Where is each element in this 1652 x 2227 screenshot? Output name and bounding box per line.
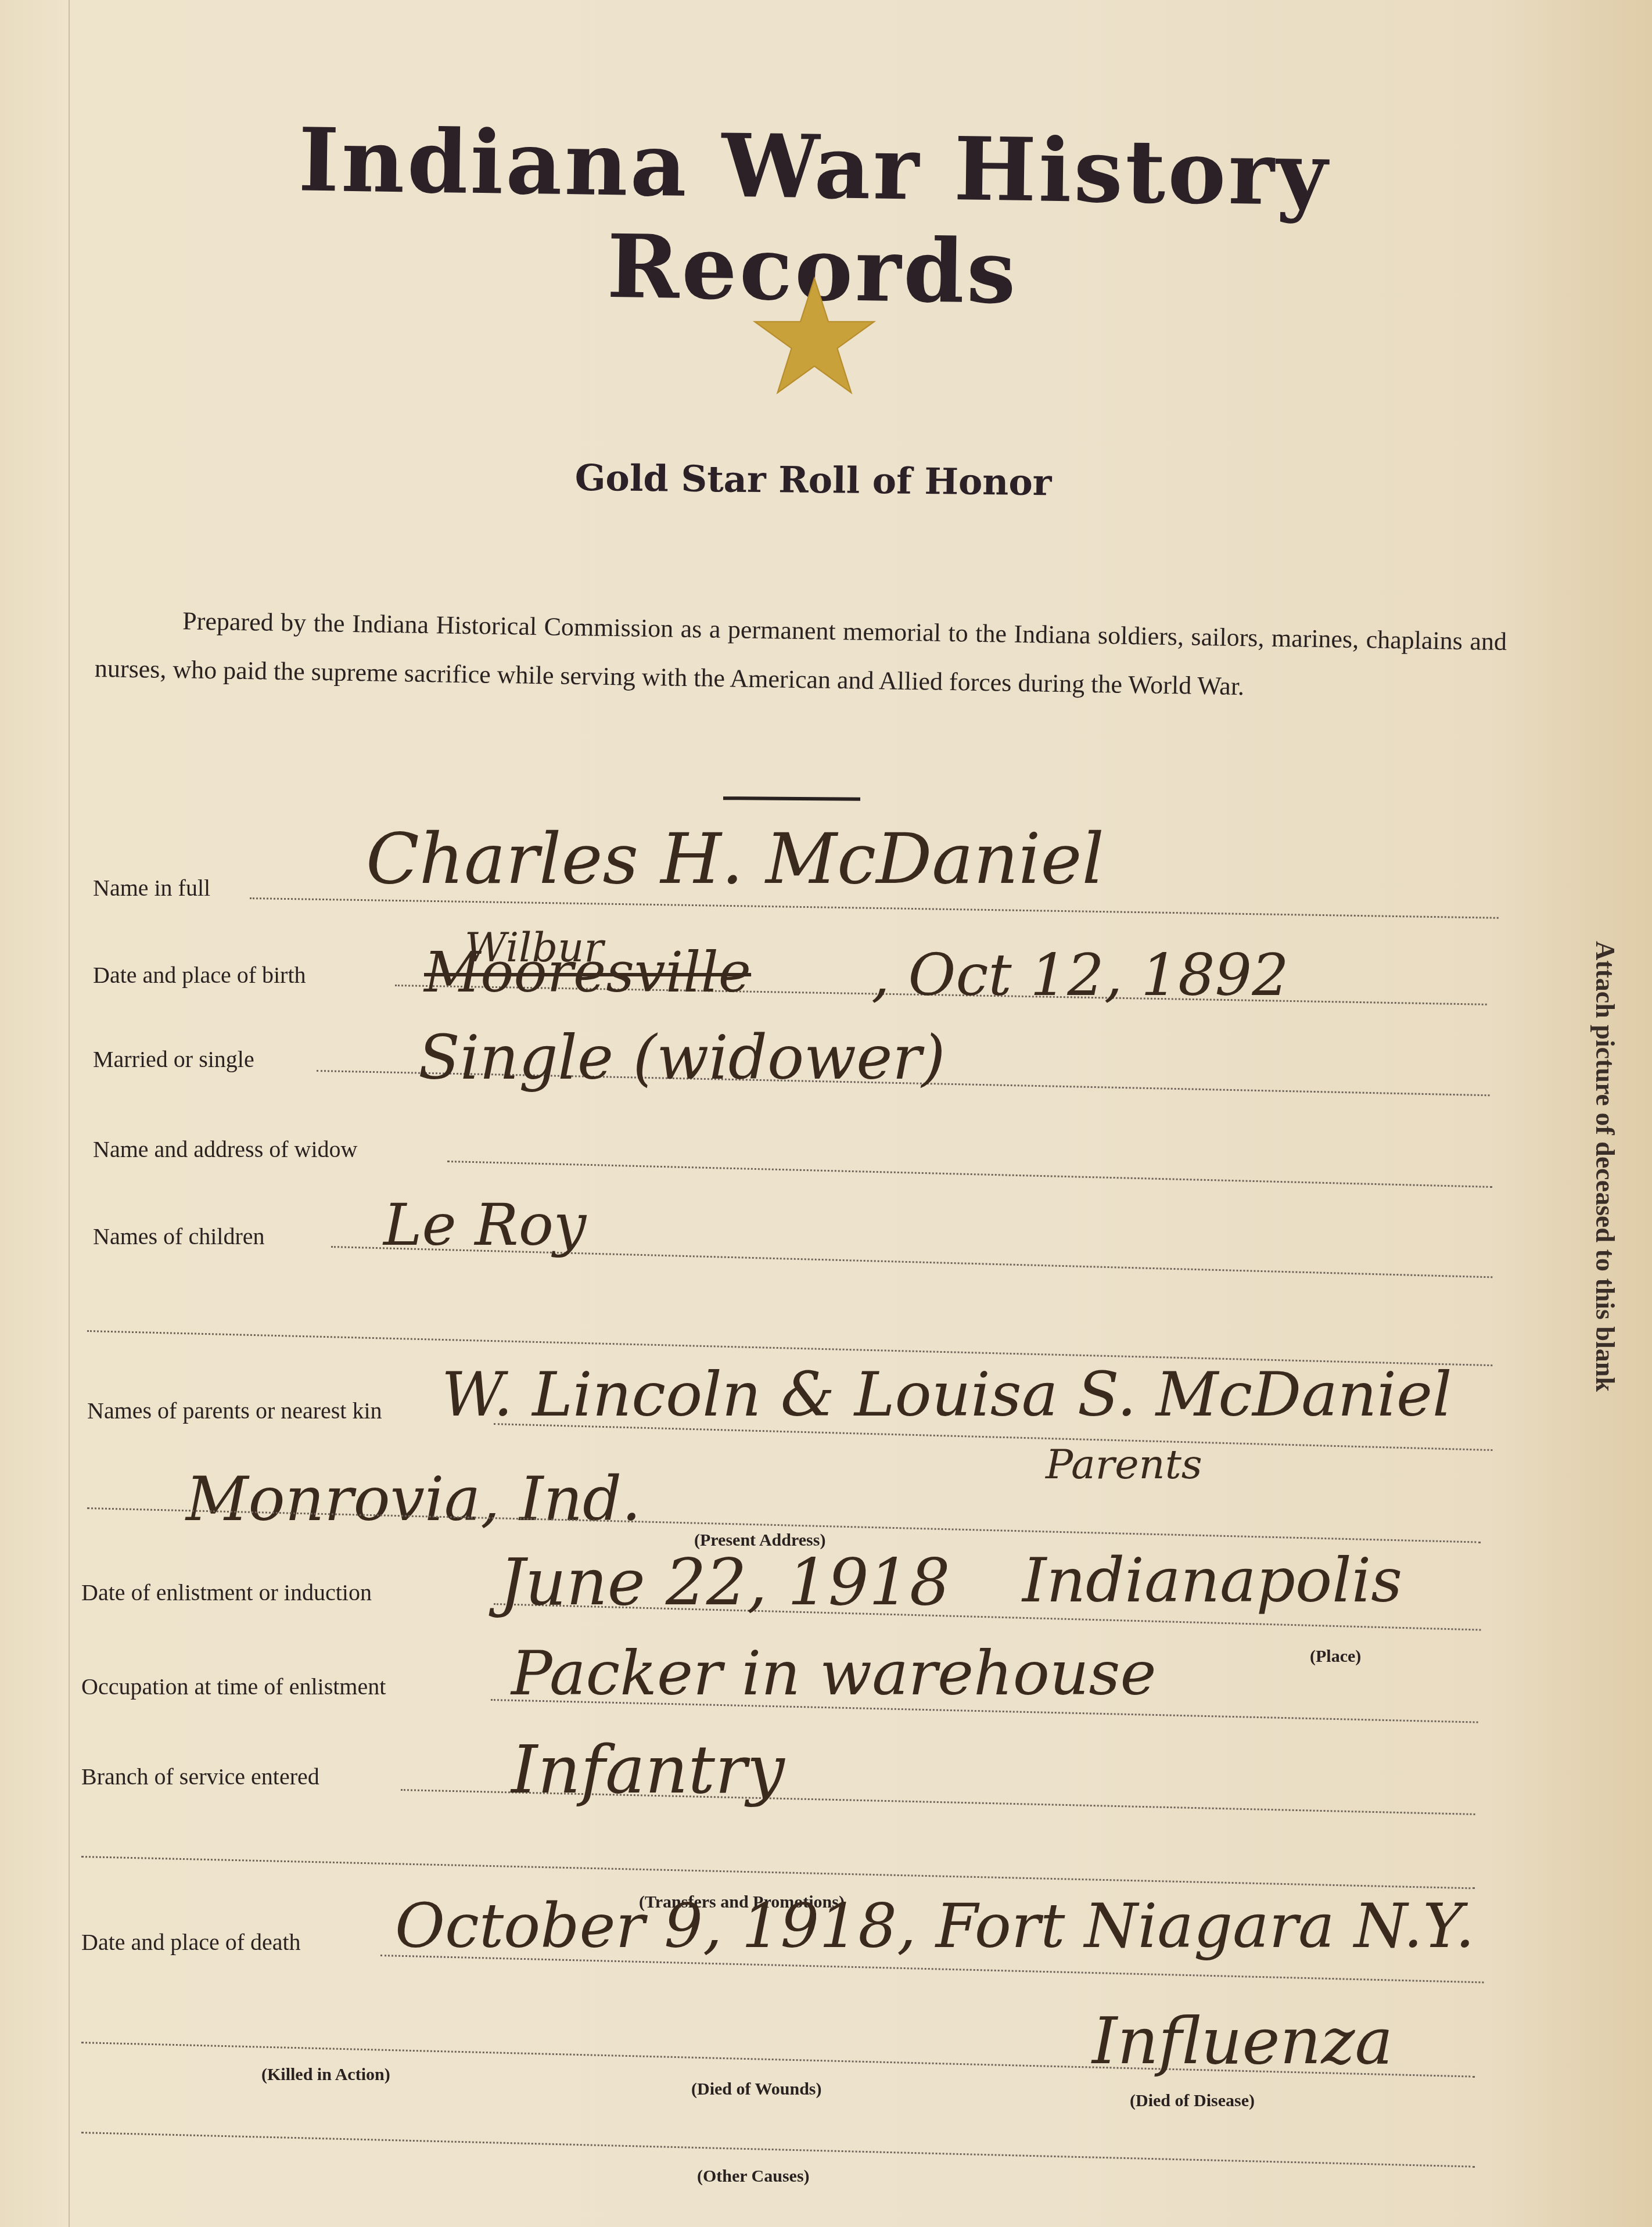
place-caption: (Place) xyxy=(1310,1647,1361,1666)
disease-caption: (Died of Disease) xyxy=(1130,2091,1255,2111)
children-label: Names of children xyxy=(93,1223,264,1250)
page-edge xyxy=(69,0,70,2227)
name-label: Name in full xyxy=(93,874,210,901)
divider xyxy=(723,796,860,801)
enlistment-place: Indianapolis xyxy=(1022,1545,1402,1616)
occupation-value: Packer in warehouse xyxy=(511,1638,1157,1709)
marital-label: Married or single xyxy=(93,1046,254,1073)
birth-label: Date and place of birth xyxy=(93,961,306,989)
other-causes-line xyxy=(81,2132,1475,2168)
parents-annotation: Parents xyxy=(1046,1441,1202,1488)
gold-star-icon xyxy=(750,276,878,398)
killed-caption: (Killed in Action) xyxy=(261,2065,390,2085)
marital-value: Single (widower) xyxy=(418,1022,945,1093)
attach-picture-note: Attach picture of deceased to this blank xyxy=(1574,941,1621,1464)
widow-line xyxy=(447,1161,1493,1188)
document-subtitle: Gold Star Roll of Honor xyxy=(465,455,1162,505)
parents-value: W. Lincoln & Louisa S. McDaniel xyxy=(441,1359,1452,1430)
intro-paragraph: Prepared by the Indiana Historical Commi… xyxy=(94,595,1507,715)
intro-text: Prepared by the Indiana Historical Commi… xyxy=(95,606,1507,701)
branch-value: Infantry xyxy=(511,1731,785,1809)
enlistment-label: Date of enlistment or induction xyxy=(81,1579,372,1606)
branch-label: Branch of service entered xyxy=(81,1763,319,1790)
name-line xyxy=(250,897,1499,919)
transfers-line xyxy=(81,1856,1475,1889)
children-value: Le Roy xyxy=(383,1191,586,1259)
wounds-caption: (Died of Wounds) xyxy=(691,2079,822,2099)
birth-struck-value: Mooresville xyxy=(424,941,751,1005)
widow-label: Name and address of widow xyxy=(93,1136,357,1163)
parents-address: Monrovia, Ind. xyxy=(186,1464,641,1535)
death-value: October 9, 1918, Fort Niagara N.Y. xyxy=(395,1891,1475,1962)
death-label: Date and place of death xyxy=(81,1928,301,1956)
occupation-label: Occupation at time of enlistment xyxy=(81,1673,386,1700)
enlistment-date: June 22, 1918 xyxy=(500,1545,950,1619)
name-value: Charles H. McDaniel xyxy=(366,819,1104,900)
birth-value: , Oct 12, 1892 xyxy=(871,941,1289,1009)
cause-value: Influenza xyxy=(1092,2004,1393,2078)
parents-label: Names of parents or nearest kin xyxy=(87,1397,382,1424)
other-caption: (Other Causes) xyxy=(697,2167,810,2186)
